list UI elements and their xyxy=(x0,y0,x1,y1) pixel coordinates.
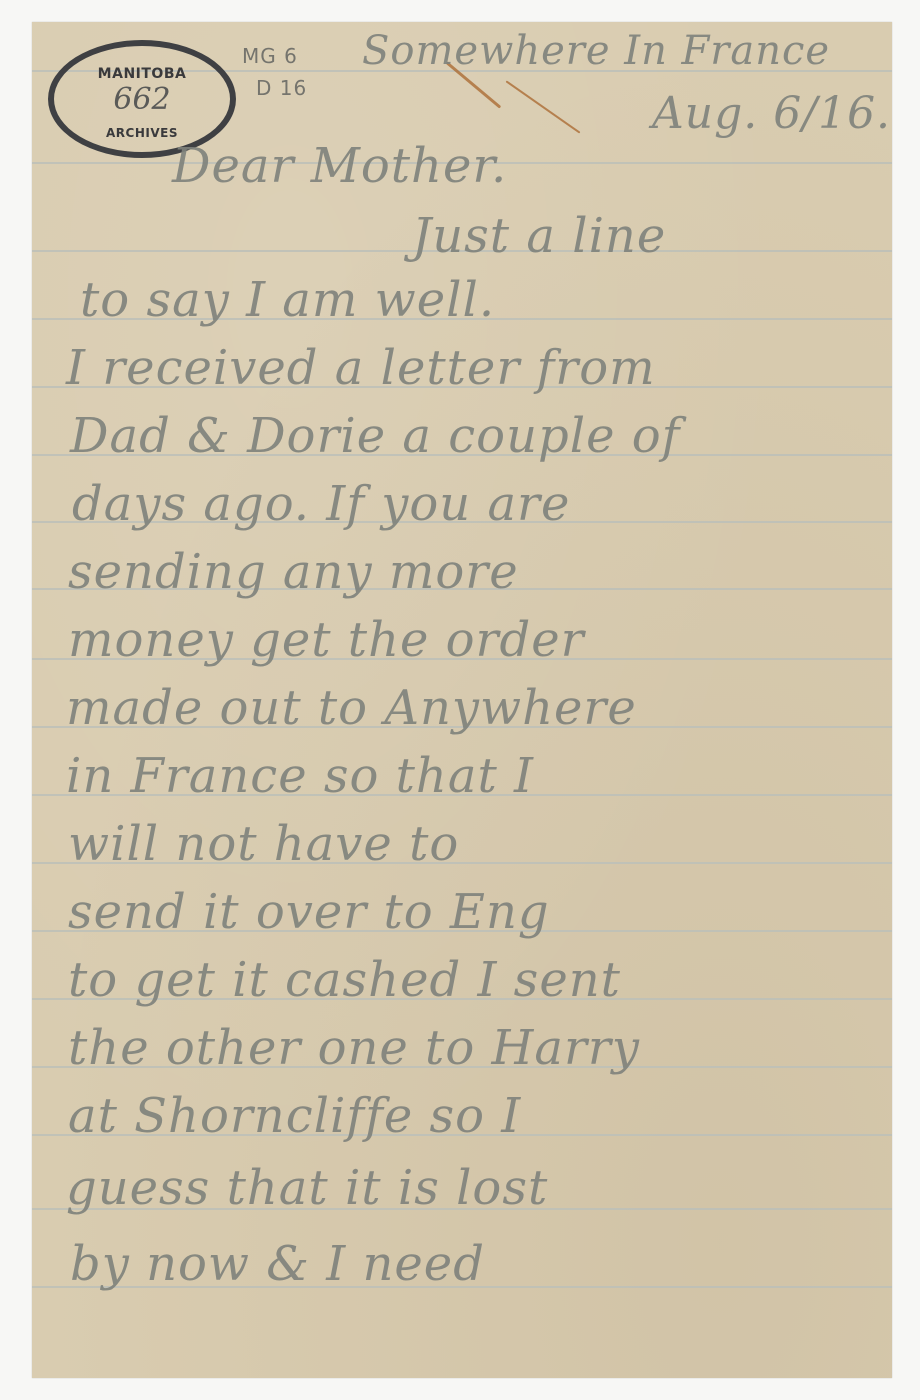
body-line: I received a letter from xyxy=(66,340,656,396)
body-line: Dad & Dorie a couple of xyxy=(70,408,680,464)
salutation: Dear Mother. xyxy=(172,138,507,194)
body-line: to say I am well. xyxy=(80,272,495,328)
body-line: at Shorncliffe so I xyxy=(68,1088,521,1144)
location-line: Somewhere In France xyxy=(362,28,830,74)
stamp-top-text: MANITOBA xyxy=(54,66,230,82)
body-line: the other one to Harry xyxy=(68,1020,640,1076)
archive-ref-line2: D 16 xyxy=(256,76,307,100)
body-line: Just a line xyxy=(412,208,666,264)
date-line: Aug. 6/16. xyxy=(652,88,891,139)
body-line: in France so that I xyxy=(66,748,534,804)
body-line: sending any more xyxy=(68,544,519,600)
archive-ref-line1: MG 6 xyxy=(242,44,298,68)
body-line: made out to Anywhere xyxy=(66,680,637,736)
body-line: guess that it is lost xyxy=(66,1160,548,1216)
letter-page: MANITOBA 662 ARCHIVES MG 6 D 16 Somewher… xyxy=(32,22,892,1378)
body-line: to get it cashed I sent xyxy=(68,952,621,1008)
rust-stain xyxy=(506,80,581,133)
body-line: by now & I need xyxy=(70,1236,485,1292)
stamp-number: 662 xyxy=(54,82,230,117)
body-line: money get the order xyxy=(68,612,585,668)
body-line: days ago. If you are xyxy=(72,476,570,532)
body-line: will not have to xyxy=(68,816,459,872)
body-line: send it over to Eng xyxy=(68,884,550,940)
